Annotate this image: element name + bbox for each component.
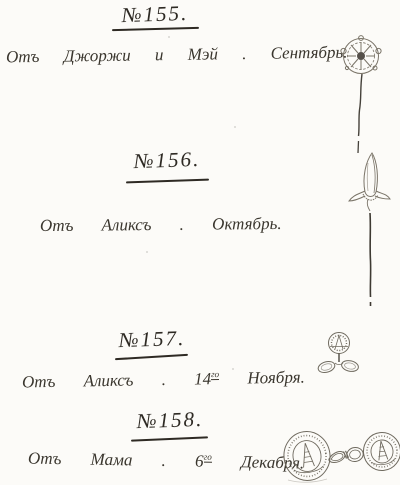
- berry-pin-with-leaves-sketch: [313, 330, 365, 378]
- caption-text: Отъ Джоржи и Мэй . Сентябрь.: [6, 43, 348, 67]
- caption-superscript: го: [204, 452, 212, 463]
- paper-speck: [234, 126, 236, 128]
- caption-text: Ноября.: [219, 368, 305, 388]
- caption-text: Отъ Аликсъ . 14: [22, 369, 211, 391]
- paper-speck: [146, 251, 148, 253]
- paper-speck: [232, 368, 234, 370]
- entry-157-number: №157.: [102, 325, 203, 353]
- entry-158-number: №158.: [120, 406, 221, 434]
- rosette-center: [357, 52, 365, 60]
- entry-155-number: №155.: [105, 0, 206, 28]
- entry-158-underline: [131, 436, 208, 441]
- entry-155-caption: Отъ Джоржи и Мэй . Сентябрь.: [6, 43, 348, 68]
- entry-157-caption: Отъ Аликсъ . 14го Ноября.: [22, 368, 305, 393]
- entry-157-underline: [115, 354, 188, 360]
- flowerbud-stickpin-sketch: [344, 149, 394, 311]
- rosette-stickpin-sketch: [333, 32, 389, 158]
- caption-text: Отъ Аликсъ . Октябрь.: [40, 214, 282, 235]
- cufflinks-sketch: [280, 424, 400, 485]
- album-page: №155. Отъ Джоржи и Мэй . Сентябрь. №156.…: [0, 0, 400, 485]
- entry-156-number: №156.: [117, 146, 218, 174]
- paper-speck: [168, 36, 170, 38]
- entry-156-underline: [126, 179, 209, 184]
- entry-156-caption: Отъ Аликсъ . Октябрь.: [40, 214, 282, 236]
- caption-text: Отъ Мама . 6: [28, 449, 204, 471]
- entry-158-caption: Отъ Мама . 6го Декабря.: [28, 449, 305, 474]
